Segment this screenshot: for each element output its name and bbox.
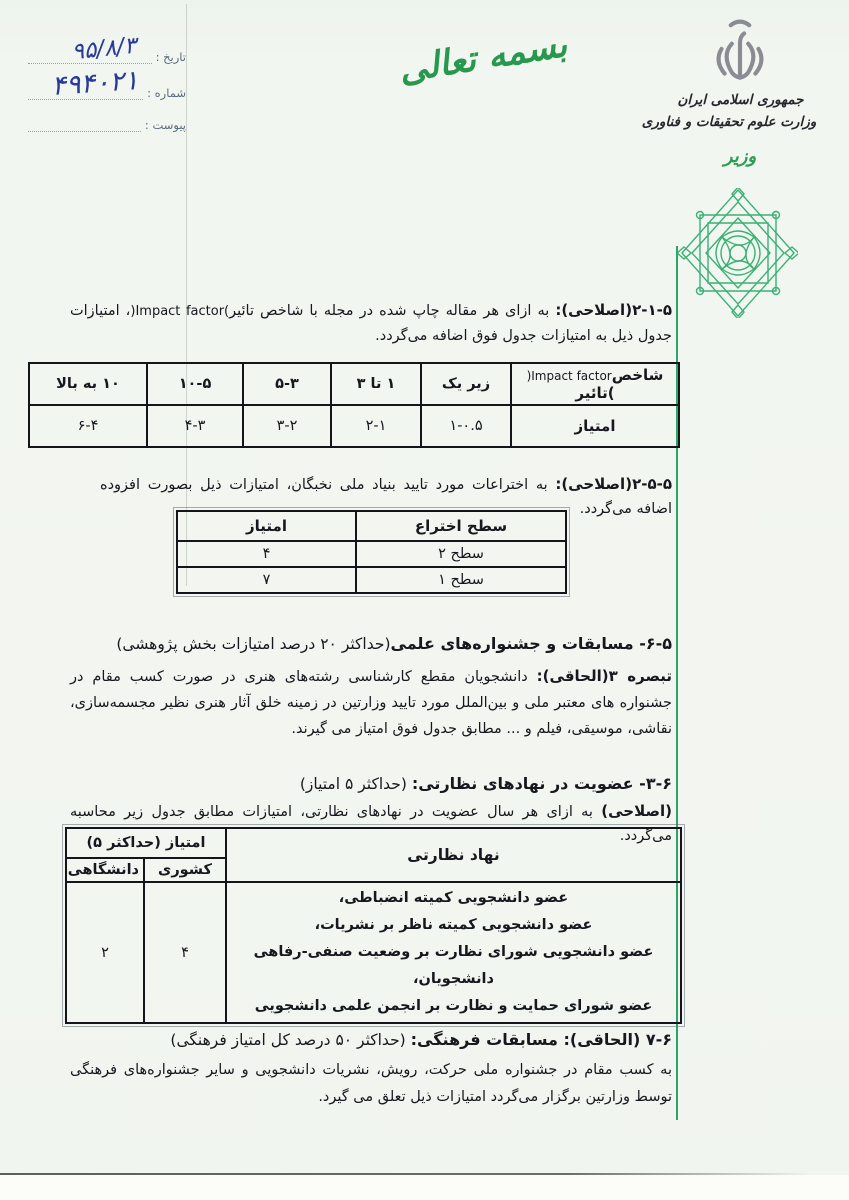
- impact-score-row: امتیاز ۰.۵‏-‏۱ ۱‏-‏۲ ۲‏-‏۳ ۳‏-‏۴ ۴‏-‏۶: [29, 405, 679, 447]
- oversight-bodies-table: نهاد نظارتی امتیاز (حداکثر ۵) کشوری دانش…: [65, 827, 682, 1024]
- section-6-7-heading: ۶‏-‏۷ (الحاقی): مسابقات فرهنگی: (حداکثر …: [70, 1028, 672, 1052]
- oversight-org-header: نهاد نظارتی: [226, 828, 681, 882]
- besmele-calligraphy: بسمه تعالی: [396, 25, 570, 91]
- government-name: جمهوری اسلامی ایران: [638, 92, 843, 108]
- invention-score-header: امتیاز: [177, 511, 356, 541]
- list-item: عضو دانشجویی شورای نظارت بر وضعیت صنفی-ر…: [231, 939, 676, 993]
- invention-header-row: سطح اختراع امتیاز: [177, 511, 566, 541]
- section-5-6-heading: ۵‏-‏۶‏- مسابقات و جشنواره‌های علمی(حداکث…: [70, 632, 672, 656]
- iran-emblem-icon: [704, 16, 776, 92]
- note-3-lead: تبصره ۳(الحاقی):: [537, 667, 672, 685]
- section-6-3-paren: (حداکثر ۵ امتیاز): [300, 775, 407, 793]
- impact-factor-latin-inline: )Impact factor(: [130, 304, 229, 319]
- attachment-field-row: پیوست :: [28, 118, 186, 132]
- section-5-1-2-number: ۵‏-‏۱‏-‏۲(اصلاحی):: [555, 301, 672, 319]
- list-item: عضو شورای حمایت و نظارت بر انجمن علمی دا…: [231, 993, 676, 1020]
- oversight-body-row: عضو دانشجویی کمیته انضباطی، عضو دانشجویی…: [66, 882, 681, 1023]
- invention-level-cell: سطح ۲: [356, 541, 566, 567]
- invention-level-cell: سطح ۱: [356, 567, 566, 593]
- score-cell: ۲‏-‏۳: [243, 405, 331, 447]
- section-6-3-heading: ۶‏-‏۳‏- عضویت در نهادهای نظارتی: (حداکثر…: [70, 772, 672, 796]
- oversight-header-row: نهاد نظارتی امتیاز (حداکثر ۵): [66, 828, 681, 858]
- section-5-6-paren: (حداکثر ۲۰ درصد امتیازات بخش پژوهشی): [116, 635, 390, 653]
- national-column-header: کشوری: [144, 858, 226, 882]
- impact-factor-table: )Impact factorشاخص تائیر( زیر یک ۱ تا ۳ …: [28, 362, 680, 448]
- table-row: سطح ۲ ۴: [177, 541, 566, 567]
- section-5-1-2-text-start: به ازای هر مقاله چاپ شده در مجله با شاخص…: [229, 303, 555, 319]
- attachment-leader-line: [28, 118, 141, 132]
- note-3-paragraph: تبصره ۳(الحاقی): دانشجویان مقطع کارشناسی…: [70, 663, 672, 742]
- university-column-header: دانشگاهی: [66, 858, 144, 882]
- score-cell: ۳‏-‏۴: [147, 405, 243, 447]
- university-score-cell: ۲: [66, 882, 144, 1023]
- impact-range-cell: ۳‏-‏۵: [243, 363, 331, 405]
- oversight-score-header: امتیاز (حداکثر ۵): [66, 828, 226, 858]
- invention-level-header: سطح اختراع: [356, 511, 566, 541]
- minister-title: وزیر: [700, 146, 780, 167]
- score-cell: ۴‏-‏۶: [29, 405, 147, 447]
- impact-factor-latin-label: )Impact factor: [527, 369, 612, 383]
- letterhead-ornament-icon: [678, 188, 798, 318]
- impact-range-cell: ۱ تا ۳: [331, 363, 421, 405]
- section-5-6-title: ۵‏-‏۶‏- مسابقات و جشنواره‌های علمی: [391, 634, 673, 653]
- score-row-label: امتیاز: [511, 405, 679, 447]
- impact-range-cell: ۱۰ به بالا: [29, 363, 147, 405]
- list-item: عضو دانشجویی کمیته ناظر بر نشریات،: [231, 912, 676, 939]
- impact-range-cell: زیر یک: [421, 363, 511, 405]
- section-6-3-lead: (اصلاحی): [601, 802, 672, 820]
- invention-score-cell: ۴: [177, 541, 356, 567]
- impact-header-row: )Impact factorشاخص تائیر( زیر یک ۱ تا ۳ …: [29, 363, 679, 405]
- section-6-7-paren: (حداکثر ۵۰ درصد کل امتیاز فرهنگی): [170, 1031, 405, 1049]
- list-item: عضو دانشجویی کمیته انضباطی،: [231, 885, 676, 912]
- section-5-1-2-paragraph: ۵‏-‏۱‏-‏۲(اصلاحی): به ازای هر مقاله چاپ …: [70, 298, 672, 348]
- scanned-letter-page: بسمه تعالی جمهوری اسلامی ایران وزارت علو…: [0, 0, 849, 1200]
- score-cell: ۰.۵‏-‏۱: [421, 405, 511, 447]
- impact-factor-header-cell: )Impact factorشاخص تائیر(: [511, 363, 679, 405]
- scanner-background: [0, 1175, 849, 1200]
- section-6-7-paragraph: به کسب مقام در جشنواره ملی حرکت، رویش، ن…: [70, 1057, 672, 1111]
- table-row: سطح ۱ ۷: [177, 567, 566, 593]
- invention-level-table: سطح اختراع امتیاز سطح ۲ ۴ سطح ۱ ۷: [176, 510, 567, 594]
- score-cell: ۱‏-‏۲: [331, 405, 421, 447]
- ministry-name: وزارت علوم تحقیقات و فناوری: [614, 114, 844, 130]
- invention-score-cell: ۷: [177, 567, 356, 593]
- impact-range-cell: ۵‏-‏۱۰: [147, 363, 243, 405]
- attachment-label: پیوست :: [141, 118, 186, 132]
- section-5-5-2-number: ۵‏-‏۵‏-‏۲(اصلاحی):: [555, 475, 672, 493]
- section-6-7-title: ۶‏-‏۷ (الحاقی): مسابقات فرهنگی:: [411, 1030, 672, 1049]
- oversight-org-list-cell: عضو دانشجویی کمیته انضباطی، عضو دانشجویی…: [226, 882, 681, 1023]
- section-6-3-title: ۶‏-‏۳‏- عضویت در نهادهای نظارتی:: [412, 774, 672, 793]
- national-score-cell: ۴: [144, 882, 226, 1023]
